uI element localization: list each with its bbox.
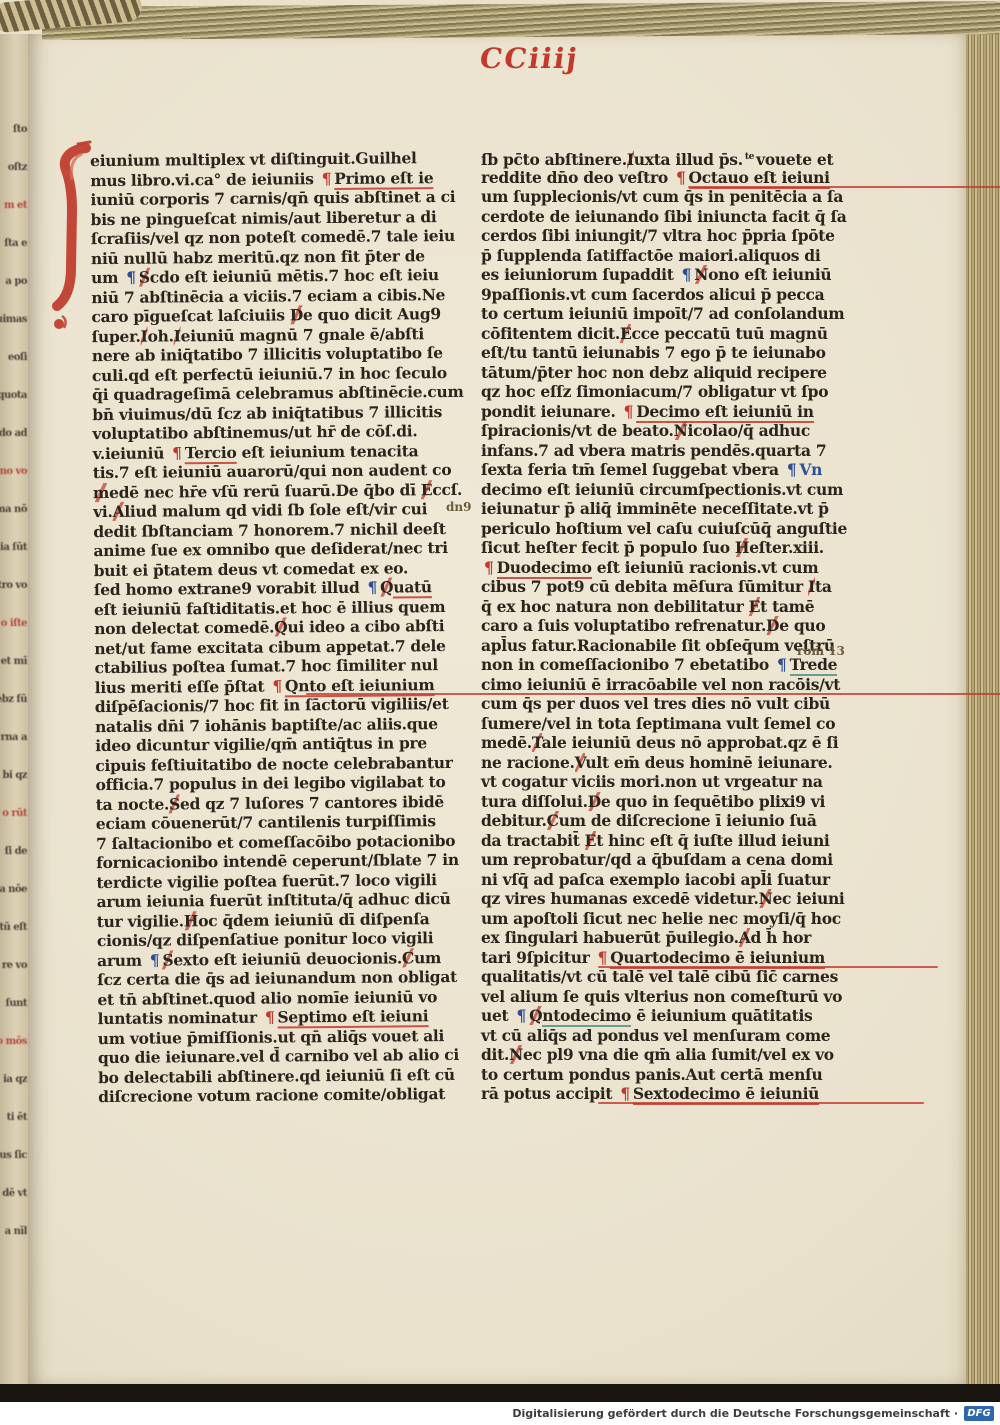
pilcrow-mark: ¶ <box>517 1006 527 1025</box>
gutter-fragment: no vo <box>0 466 27 477</box>
pilcrow-mark: ¶ <box>777 655 787 674</box>
text-segment: E <box>585 831 597 850</box>
pilcrow-mark: ¶ <box>272 676 282 695</box>
text-segment: oc q̄dem ieiuniū dī diſpenſa <box>198 909 430 930</box>
text-segment: ec pl9 vna die qm̄ alia ſumit/vel ex vo <box>523 1045 834 1064</box>
text-segment: ctabilius poſtea ſumat.7 hoc ſimiliter n… <box>94 655 438 677</box>
margin-note: dn9 <box>446 500 471 514</box>
text-segment: cipuis feſtiuitatibo de nocte celebraban… <box>95 752 452 774</box>
text-line: ieiunatur p̄ aliq̄ imminēte neceſſitate.… <box>481 499 849 519</box>
text-segment: ſed homo extrane9 vorabit illud <box>94 578 365 599</box>
text-segment: ono eſt ieiuniū <box>708 265 831 284</box>
text-segment: S <box>139 268 150 287</box>
text-segment: Primo eſt ie <box>334 168 433 190</box>
text-segment: pondit ieiunare. <box>481 402 621 421</box>
text-segment: anime ſue ex omnibo que deſiderat/nec tr… <box>93 538 447 560</box>
rubric-rule <box>306 693 1000 695</box>
gutter-fragment: ma nō <box>0 504 27 515</box>
text-segment: edē nec hr̄e vſū rerū ſuarū.De q̄bo dī <box>109 480 421 502</box>
pilcrow-mark: ¶ <box>150 950 160 969</box>
dfg-logo: DFG <box>964 1406 994 1421</box>
text-segment: ntodecimo <box>542 1006 631 1027</box>
text-segment: ne racione. <box>481 753 575 772</box>
gutter-fragment: et mī <box>1 656 27 667</box>
text-line: um ſupplecionis/vt cum q̄s in penitēcia … <box>481 187 849 207</box>
gutter-fragment: ti ēt <box>7 1112 27 1123</box>
text-line: infans.7 ad vbera matris pendēs.quarta 7 <box>481 441 849 461</box>
text-segment: ta nocte. <box>96 794 170 814</box>
text-segment: es ieiuniorum ſupaddit <box>481 265 679 284</box>
text-segment: N <box>694 265 708 284</box>
text-segment: e quo in ſequētibo plixi9 vi <box>601 792 825 811</box>
text-segment: ult em̄ deus hominē ieiunare. <box>585 753 832 772</box>
pilcrow-mark: ¶ <box>676 168 686 187</box>
text-line: vt cū aliq̄s ad pondus vel menſuram come <box>481 1026 849 1046</box>
pilcrow-mark: ¶ <box>265 1008 275 1027</box>
text-segment: Q <box>529 1006 542 1025</box>
gutter-fragment: re vo <box>2 960 27 971</box>
text-segment: ex ſingulari habuerūt p̄uilegio. <box>481 928 739 947</box>
text-segment: voluptatibo abſtinemus/ut hr̄ de cōſ.di. <box>92 421 417 443</box>
gutter-fragment: us ſic <box>0 1150 27 1161</box>
text-segment: niū 7 abſtinēcia a viciis.7 eciam a cibi… <box>91 285 445 307</box>
text-line: ex ſingulari habuerūt p̄uilegio.Ad h̄ ho… <box>481 928 849 948</box>
text-segment: uatū <box>393 577 432 598</box>
rubric-rule <box>688 186 1000 188</box>
text-segment: ui ideo a cibo abſti <box>287 616 444 636</box>
text-segment: qz vires humanas excedē videtur. <box>481 889 759 908</box>
text-segment: Trede <box>790 655 838 676</box>
text-segment: cce peccatū tuū magnū <box>631 324 827 343</box>
gutter-fragment: ia qz <box>3 1074 27 1085</box>
text-line: dit.Nec pl9 vna die qm̄ alia ſumit/vel e… <box>481 1045 849 1065</box>
text-segment: p̄ ſupplenda ſatiffactōe maiori.aliquos … <box>481 246 820 265</box>
text-segment: ccſ. <box>432 479 462 498</box>
text-line: cum q̄s per duos vel tres dies nō vult c… <box>481 694 849 714</box>
text-segment: ſcraſiis/vel qz non poteſt comedē.7 tale… <box>91 226 455 248</box>
text-segment: cerdos ſibi iniungit/7 vltra hoc p̄pria … <box>481 226 835 245</box>
text-segment: luntatis nominatur <box>98 1008 262 1028</box>
text-segment: tis.7 eſt ieiuniū auarorū/qui non audent… <box>93 460 452 482</box>
text-segment: m <box>93 482 109 501</box>
text-line: apl̄us fatur.Racionabile ſit obſeq̄um ve… <box>481 636 849 656</box>
text-segment: eſt/tu tantū ieiunabis 7 ego p̄ te ieiun… <box>481 343 826 362</box>
text-line: cerdote de ieiunando ſibi iniuncta facit… <box>481 207 849 227</box>
text-line: ctabilius poſtea ſumat.7 hoc ſimiliter n… <box>94 655 450 678</box>
text-segment: iuniū corporis 7 carnis/qn̄ quis abſtine… <box>90 187 455 209</box>
text-segment: Tercio <box>185 442 237 463</box>
pilcrow-mark: ¶ <box>126 268 136 287</box>
gutter-fragment: ſunt <box>6 998 27 1009</box>
text-segment: caro a ſuis voluptatibo refrenatur. <box>481 616 766 635</box>
text-segment: ta <box>815 577 832 596</box>
text-segment: eſt ieiuniū faſtiditatis.et hoc ē illius… <box>94 597 445 619</box>
gutter-fragment: eoſi <box>8 352 27 363</box>
pilcrow-mark: ¶ <box>624 402 634 421</box>
text-segment: vi. <box>93 502 113 521</box>
red-initial-I <box>48 140 94 340</box>
text-segment: qualitatis/vt cū talē vel talē cibū ſic̄… <box>481 967 838 986</box>
text-segment: T <box>532 733 542 752</box>
text-line: rā potus accipit ¶Sextodecimo ē ieiuniū <box>481 1084 849 1104</box>
text-line: to certum ieiuniū impoīt/7 ad conſolandu… <box>481 304 849 324</box>
text-segment: cionis/qz diſpenſatiue ponitur loco vigi… <box>97 928 434 950</box>
text-segment: niū nullū habz meritū.qz non fit p̄ter d… <box>91 246 425 268</box>
text-segment: qz hoc eſſz ſimoniacum/7 obligatur vt ſp… <box>481 382 828 401</box>
text-segment: N <box>759 889 773 908</box>
gutter-fragment: m et <box>4 200 27 211</box>
text-segment: uxta illud p̄s. <box>634 150 743 169</box>
text-segment: bo delectabili abſtinere.qd ieiuniū ſi e… <box>98 1064 455 1086</box>
pilcrow-mark: ¶ <box>172 443 182 462</box>
text-line: es ieiuniorum ſupaddit ¶Nono eſt ieiuniū <box>481 265 849 285</box>
text-segment: medē. <box>481 733 532 752</box>
text-segment: um ſupplecionis/vt cum q̄s in penitēcia … <box>481 187 843 206</box>
text-segment: Decimo eſt ieiuniū in <box>636 402 813 423</box>
text-segment: lius meriti eſſe p̄ſtat <box>95 676 270 697</box>
text-line: vt cogatur viciis mori.non ut vrgeatur n… <box>481 772 849 792</box>
pilcrow-mark: ¶ <box>787 460 797 479</box>
text-segment: E <box>421 480 433 499</box>
text-segment: cibus 7 pot9 cū debita mēſura ſūmitur <box>481 577 808 596</box>
text-line: qz hoc eſſz ſimoniacum/7 obligatur vt ſp… <box>481 382 849 402</box>
text-segment: te <box>745 152 754 162</box>
text-segment: D <box>290 305 303 324</box>
text-segment: ſcz certa die q̄s ad ieiunandum non obli… <box>97 967 457 989</box>
text-segment: um apoſtoli ſicut nec helie nec moyſi/q̄… <box>481 909 841 928</box>
text-segment: bis ne pingueſcat nimis/aut liberetur a … <box>91 207 437 229</box>
text-segment: terdicte vigilie poſtea fuerūt.7 loco vi… <box>96 870 436 892</box>
text-segment: N <box>674 421 688 440</box>
text-segment: ieiunatur p̄ aliq̄ imminēte neceſſitate.… <box>481 499 829 518</box>
text-segment: tur vigilie. <box>97 911 184 931</box>
text-line: ſicut heſter fecit p̄ populo ſuo Heſter.… <box>481 538 849 558</box>
text-segment: um reprobatur/qd a q̄buſdam a cena domi <box>481 850 833 869</box>
text-segment: ſicut heſter fecit p̄ populo ſuo <box>481 538 735 557</box>
text-segment: ſb pc̄to abſtinere. <box>481 150 627 169</box>
text-line: diſcrecione votum racione comite/obligat <box>98 1084 454 1107</box>
text-segment: tura diſſolui. <box>481 792 588 811</box>
text-segment: dedit ſbſtanciam 7 honorem.7 nichil deeſ… <box>93 519 445 541</box>
text-segment: d h̄ hor <box>750 928 811 947</box>
text-line: um apoſtoli ſicut nec helie nec moyſi/q̄… <box>481 909 849 929</box>
gutter-fragment: o mōs <box>0 1036 27 1047</box>
text-line: ſumere/vel in tota ſeptimana vult ſemel … <box>481 714 849 734</box>
folio-number: CCiiij <box>478 42 581 75</box>
text-segment: liud malum qd vidi ſb ſole eſt/vir cui <box>124 499 427 521</box>
gutter-fragment: oſtz <box>8 162 27 173</box>
text-line: ſpiracionis/vt de beato.Nicolao/q̄ adhuc <box>481 421 849 441</box>
text-segment: H <box>184 911 199 930</box>
text-segment: tātum/p̄ter hoc non debz aliquid reciper… <box>481 363 827 382</box>
text-segment: caro pīgueſcat laſciuiis <box>91 305 290 326</box>
text-segment: D <box>766 616 779 635</box>
book-right-page-edges <box>966 34 1000 1384</box>
text-segment: 7 ſaltacionibo et comeſſacōibo potacioni… <box>96 830 455 852</box>
text-segment: eiuniū magnū 7 gnale ē/abſti <box>181 324 424 345</box>
gutter-fragment: bi qz <box>3 770 27 781</box>
text-segment: cdo eſt ieiuniū mētis.7 hoc eſt ieiu <box>150 265 439 287</box>
text-line: debitur.Cum de diſcrecione ī ieiunio ſuā <box>481 811 849 831</box>
book-top-page-edges <box>42 1 1000 40</box>
text-segment: S <box>162 950 173 969</box>
gutter-fragment: rna a <box>1 732 27 743</box>
gutter-fragment: ia ſūt <box>0 542 27 553</box>
text-segment: to certum pondus panis.Aut certā menſu <box>481 1065 822 1084</box>
text-segment: v.ieiuniū <box>93 443 170 463</box>
text-line: tari 9ſpicitur ¶Quartodecimo ē ieiunium <box>481 948 849 968</box>
text-line: ni vſq̄ ad paſca exemplo iacobi apl̄i ſu… <box>481 870 849 890</box>
text-segment: Q <box>380 577 393 596</box>
text-segment: C <box>402 948 414 967</box>
text-segment: t tamē <box>760 597 814 616</box>
text-line: cōfitentem dicit.Ecce peccatū tuū magnū <box>481 324 849 344</box>
text-segment: natalis dn̄i 7 iohānis baptiſte/ac aliis… <box>95 714 438 736</box>
text-segment: to certum ieiuniū impoīt/7 ad conſolandu… <box>481 304 844 323</box>
text-line: qualitatis/vt cū talē vel talē cibū ſic̄… <box>481 967 849 987</box>
text-segment: ed qz 7 luſores 7 cantores ibidē <box>180 792 444 813</box>
text-segment: non in comeſſacionibo 7 ebetatibo <box>481 655 774 674</box>
text-segment: E <box>620 324 632 343</box>
text-line: uet ¶Qntodecimo ē ieiunium quātitatis <box>481 1006 849 1026</box>
pilcrow-mark: ¶ <box>620 1084 630 1103</box>
text-segment: A <box>739 928 751 947</box>
text-line: pondit ieiunare. ¶Decimo eſt ieiuniū in <box>481 402 849 422</box>
text-segment: V <box>575 753 586 772</box>
gutter-fragment: ſta e <box>4 238 27 249</box>
pilcrow-mark: ¶ <box>322 169 332 188</box>
text-line: da tractabit̄ Et hinc eſt q̄ iuſte illud… <box>481 831 849 851</box>
text-line: medē.Tale ieiuniū deus nō approbat.qz ē … <box>481 733 849 753</box>
text-segment: A <box>112 502 124 521</box>
text-segment: quo die ieiunare.vel d̄ carnibo vel ab a… <box>98 1045 459 1067</box>
text-segment: culi.qd eſt perfectū ieiuniū.7 in hoc ſe… <box>92 363 447 385</box>
text-segment: ſexta feria tm̄ ſemel ſuggebat vbera <box>481 460 784 479</box>
text-segment: H <box>735 538 749 557</box>
text-segment: t hinc eſt q̄ iuſte illud ieiuni <box>596 831 829 850</box>
text-line: caro a ſuis voluptatibo refrenatur.De qu… <box>481 616 849 636</box>
text-segment: arum ieiunia fuerūt inſtituta/q̄ adhuc d… <box>96 889 450 911</box>
text-segment: da tractabit̄ <box>481 831 585 850</box>
text-segment: rā potus accipit <box>481 1084 617 1103</box>
text-segment: cōfitentem dicit. <box>481 324 620 343</box>
text-segment: dit. <box>481 1045 509 1064</box>
text-line: 9paſſionis.vt cum ſacerdos alicui p̄ pec… <box>481 285 849 305</box>
text-segment: N <box>509 1045 523 1064</box>
text-segment: apl̄us fatur.Racionabile ſit obſeq̄um ve… <box>481 636 835 655</box>
text-segment: decimo eſt ieiuniū circumſpectionis.vt c… <box>481 480 843 499</box>
margin-note: rom̄ 13 <box>797 644 845 658</box>
gutter-fragment: a po <box>5 276 27 287</box>
text-segment: fornicacionibo intendē ceperunt/ſblate 7… <box>96 850 459 872</box>
gutter-fragment: uimas <box>0 314 27 325</box>
text-line: um reprobatur/qd a q̄buſdam a cena domi <box>481 850 849 870</box>
text-line: ſb pc̄to abſtinere.Iuxta illud p̄s.tevou… <box>481 148 849 168</box>
text-segment: buit ei p̄tatem deus vt comedat ex eo. <box>94 558 409 580</box>
text-segment: officia.7 populus in dei legibo vigilaba… <box>95 772 445 794</box>
gutter-fragment: ſi de <box>5 846 27 857</box>
text-segment: 9paſſionis.vt cum ſacerdos alicui p̄ pec… <box>481 285 824 304</box>
text-segment: Duodecimo <box>497 558 592 579</box>
text-segment: cum q̄s per duos vel tres dies nō vult c… <box>481 694 830 713</box>
text-line: non in comeſſacionibo 7 ebetatibo ¶Trede <box>481 655 849 675</box>
text-segment: cimo ieiuniū ē irracōabile vel non racōi… <box>481 675 840 694</box>
text-segment: S <box>169 794 180 813</box>
text-segment: E <box>749 597 761 616</box>
column-left: eiunium multiplex vt diſtinguit.Guilhelm… <box>90 148 454 1107</box>
gutter-fragment: dē vt <box>2 1188 27 1199</box>
text-line: q̄ ex hoc natura non debilitatur Et tamē <box>481 597 849 617</box>
text-segment: diſcrecione votum racione comite/obligat <box>98 1084 445 1106</box>
pilcrow-mark: ¶ <box>598 948 608 967</box>
text-segment: q̄ ex hoc natura non debilitatur <box>481 597 749 616</box>
text-line: eiunium multiplex vt diſtinguit.Guilhel <box>90 148 446 171</box>
gutter-fragment: o iſte <box>1 618 27 629</box>
text-segment: um votiue p̄miſſionis.ut qn̄ aliq̄s voue… <box>98 1026 444 1048</box>
gutter-fragment: tro vo <box>0 580 27 591</box>
text-segment: e quo dicit Aug9 <box>303 304 441 324</box>
text-segment: eiunium multiplex vt diſtinguit.Guilhel <box>90 148 417 170</box>
text-segment: infans.7 ad vbera matris pendēs.quarta 7 <box>481 441 826 460</box>
pilcrow-mark: ¶ <box>484 558 494 577</box>
text-segment: et tn̄ abſtinet.quod alio nomīe ieiuniū … <box>97 987 437 1009</box>
text-line: qz vires humanas excedē videtur.Nec ieiu… <box>481 889 849 909</box>
gutter-fragment: do ad <box>0 428 27 439</box>
text-segment: vt cū aliq̄s ad pondus vel menſuram come <box>481 1026 830 1045</box>
text-segment: ideo dicuntur vigilie/qm̄ antiq̄tus in p… <box>95 733 427 755</box>
watermark-bar: Digitalisierung gefördert durch die Deut… <box>0 1402 1000 1425</box>
text-segment: mus libro.vi.ca° de ieiuniis <box>90 169 319 190</box>
text-segment: oh. <box>147 326 173 345</box>
text-segment: nere ab iniq̄tatibo 7 illicitis voluptat… <box>92 343 443 365</box>
gutter-fragment: tū eſt <box>0 922 27 933</box>
text-segment: Q <box>274 617 287 636</box>
text-segment: Vn <box>799 460 822 479</box>
text-line: ne racione.Vult em̄ deus hominē ieiunare… <box>481 753 849 773</box>
text-segment: I <box>808 577 815 596</box>
text-line: vel alium ſe quis vlterius non comeſturū… <box>481 987 849 1007</box>
text-line: tātum/p̄ter hoc non debz aliquid reciper… <box>481 363 849 383</box>
text-segment: reddite dn̄o deo veſtro <box>481 168 673 187</box>
text-segment: tari 9ſpicitur <box>481 948 595 967</box>
text-line: periculo hoſtium vel caſu cuiuſcūq̄ angu… <box>481 519 849 539</box>
text-segment: vel alium ſe quis vlterius non comeſturū… <box>481 987 842 1006</box>
text-segment: ſuper. <box>92 326 141 345</box>
text-segment: um de diſcrecione ī ieiunio ſuā <box>559 811 817 830</box>
rubric-rule <box>598 1102 924 1104</box>
watermark-text: Digitalisierung gefördert durch die Deut… <box>512 1407 958 1420</box>
text-segment: uet <box>481 1006 514 1025</box>
text-segment: um <box>414 948 441 967</box>
text-segment: ſumere/vel in tota ſeptimana vult ſemel … <box>481 714 835 733</box>
text-segment: vt cogatur viciis mori.non ut vrgeatur n… <box>481 772 823 791</box>
text-segment: ale ieiuniū deus nō approbat.qz ē ſi <box>542 733 839 752</box>
text-segment: bn̄ viuimus/dū ſcz ab iniq̄tatibus 7 ill… <box>92 402 442 424</box>
text-segment: D <box>588 792 601 811</box>
text-segment: arum <box>97 950 147 969</box>
gutter-fragment: a nōe <box>0 884 27 895</box>
pilcrow-mark: ¶ <box>367 578 377 597</box>
gutter-fragment: a nīl <box>5 1226 27 1237</box>
text-line: decimo eſt ieiuniū circumſpectionis.vt c… <box>481 480 849 500</box>
text-segment: eſter.xiii. <box>749 538 824 557</box>
text-segment: non delectat comedē. <box>94 618 274 639</box>
manuscript-page: CCiiij eiunium multiplex vt diſtinguit.G… <box>28 34 966 1384</box>
text-line: to certum pondus panis.Aut certā menſu <box>481 1065 849 1085</box>
text-segment: cerdote de ieiunando ſibi iniuncta facit… <box>481 207 847 226</box>
text-segment: net/ut fame excitata cibum appetat.7 del… <box>94 636 445 658</box>
text-segment: debitur. <box>481 811 547 830</box>
pilcrow-mark: ¶ <box>682 265 692 284</box>
text-segment: e quo <box>779 616 825 635</box>
text-line: p̄ ſupplenda ſatiffactōe maiori.aliquos … <box>481 246 849 266</box>
text-line: tura diſſolui.De quo in ſequētibo plixi9… <box>481 792 849 812</box>
text-line: ¶Duodecimo eſt ieiuniū racionis.vt cum <box>481 558 849 578</box>
gutter-fragment: quota <box>0 390 27 401</box>
text-segment: periculo hoſtium vel caſu cuiuſcūq̄ angu… <box>481 519 847 538</box>
text-segment: vouete et <box>756 150 833 169</box>
text-segment: eſt ieiunium tenacita <box>236 441 418 462</box>
text-segment: I <box>627 150 634 169</box>
text-line: cerdos ſibi iniungit/7 vltra hoc p̄pria … <box>481 226 849 246</box>
text-segment: ni vſq̄ ad paſca exemplo iacobi apl̄i ſu… <box>481 870 830 889</box>
text-line: eſt/tu tantū ieiunabis 7 ego p̄ te ieiun… <box>481 343 849 363</box>
gutter-fragment: ſto <box>13 124 27 135</box>
text-segment: diſpēſacionis/7 hoc fit in ſāctorū vigil… <box>95 694 449 716</box>
text-segment: um <box>91 268 123 287</box>
text-segment: ſpiracionis/vt de beato. <box>481 421 674 440</box>
text-line: cibus 7 pot9 cū debita mēſura ſūmitur It… <box>481 577 849 597</box>
text-segment: ec ieiuni <box>772 889 844 908</box>
text-segment: ē ieiunium quātitatis <box>631 1006 812 1025</box>
text-line: ſexta feria tm̄ ſemel ſuggebat vbera ¶Vn <box>481 460 849 480</box>
text-line: cimo ieiuniū ē irracōabile vel non racōi… <box>481 675 849 695</box>
text-segment: eciam cōuenerūt/7 cantilenis turpiſſimis <box>96 811 436 833</box>
gutter-fragment: ebz ſū <box>0 694 27 705</box>
rubric-rule <box>598 966 938 968</box>
column-right: ſb pc̄to abſtinere.Iuxta illud p̄s.tevou… <box>481 148 849 1104</box>
text-line: reddite dn̄o deo veſtro ¶Octauo eſt ieiu… <box>481 168 849 188</box>
text-segment: exto eſt ieiuniū deuocionis. <box>173 948 402 969</box>
gutter-fragment: o rūt <box>2 808 27 819</box>
text-segment: eſt ieiuniū racionis.vt cum <box>592 558 819 577</box>
text-segment: q̄i quadrageſimā celebramus abſtinēcie.c… <box>92 382 464 404</box>
text-segment: C <box>547 811 559 830</box>
text-segment: icolao/q̄ adhuc <box>688 421 811 440</box>
gutter-strip: ſtooſtzm etſta ea pouimaseoſiquotado adn… <box>0 34 28 1384</box>
scan-shadow-band <box>0 1384 1000 1402</box>
